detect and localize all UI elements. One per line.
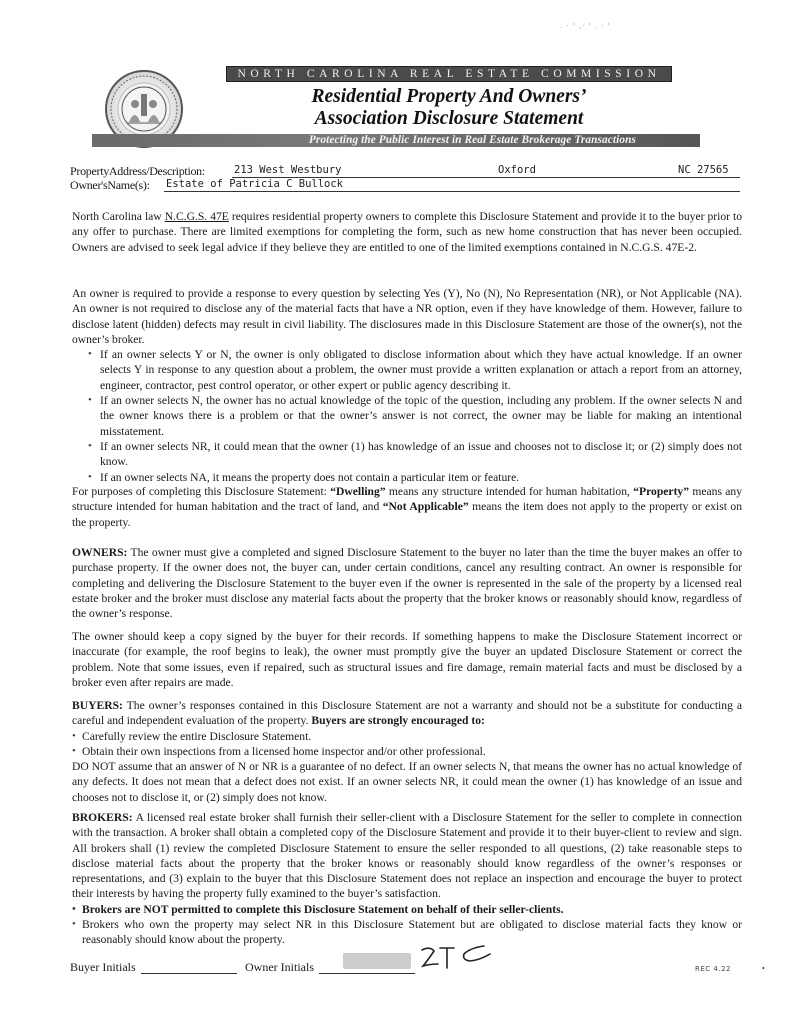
owner-initials-signature bbox=[418, 942, 498, 977]
owners-section: OWNERS: The owner must give a completed … bbox=[72, 545, 742, 621]
disclosure-form-page: . · ' ,· ' . · ' North Carolina Real Est… bbox=[0, 0, 791, 1024]
brokers-text: A licensed real estate broker shall furn… bbox=[72, 811, 742, 900]
buyers-emphasis: Buyers are strongly encouraged to: bbox=[311, 714, 484, 727]
owner-requirements-text: An owner is required to provide a respon… bbox=[72, 286, 742, 347]
scan-artifact: . · ' ,· ' . · ' bbox=[560, 22, 611, 30]
broker-bullet-own-property: Brokers who own the property may select … bbox=[72, 917, 742, 948]
term-not-applicable: “Not Applicable” bbox=[383, 500, 469, 513]
buyer-recommendations: Carefully review the entire Disclosure S… bbox=[72, 729, 742, 760]
property-city-field[interactable]: Oxford bbox=[498, 163, 536, 177]
handwritten-initials-icon bbox=[418, 942, 498, 972]
buyers-section: BUYERS: The owner’s responses contained … bbox=[72, 698, 742, 805]
owner-initials-field[interactable] bbox=[319, 973, 415, 974]
buyer-bullet-inspect: Obtain their own inspections from a lice… bbox=[72, 744, 742, 759]
intro-text-start: North Carolina law bbox=[72, 210, 165, 223]
statute-link[interactable]: N.C.G.S. 47E bbox=[165, 210, 229, 223]
form-code: REC 4.22 bbox=[695, 965, 731, 973]
bullet-y-or-n: If an owner selects Y or N, the owner is… bbox=[72, 347, 742, 393]
buyers-warning: DO NOT assume that an answer of N or NR … bbox=[72, 759, 742, 805]
owner-name-field[interactable]: Estate of Patricia C Bullock bbox=[166, 177, 343, 191]
property-address-row: PropertyAddress/Description: 213 West We… bbox=[70, 163, 740, 178]
bullet-nr: If an owner selects NR, it could mean th… bbox=[72, 439, 742, 470]
owner-name-row: Owner'sName(s): Estate of Patricia C Bul… bbox=[70, 177, 740, 192]
owners-heading: OWNERS: bbox=[72, 546, 127, 559]
commission-banner: North Carolina Real Estate Commission bbox=[226, 66, 672, 82]
owner-initials-label: Owner Initials bbox=[245, 960, 314, 974]
form-title-line-1: Residential Property And Owners’ bbox=[226, 86, 672, 108]
page-mark: • bbox=[762, 964, 765, 973]
definitions-paragraph: For purposes of completing this Disclosu… bbox=[72, 484, 742, 530]
bullet-na: If an owner selects NA, it means the pro… bbox=[72, 470, 742, 485]
definition-dwelling: means any structure intended for human h… bbox=[386, 485, 634, 498]
owner-underline bbox=[164, 191, 740, 192]
owner-name-label: Owner'sName(s): bbox=[70, 178, 150, 192]
keep-copy-paragraph: The owner should keep a copy signed by t… bbox=[72, 629, 742, 690]
buyer-initials-row: Buyer Initials bbox=[70, 960, 237, 974]
brokers-section: BROKERS: A licensed real estate broker s… bbox=[72, 810, 742, 948]
redaction-box bbox=[343, 953, 411, 969]
property-state-zip-field[interactable]: NC 27565 bbox=[678, 163, 729, 177]
buyer-bullet-review: Carefully review the entire Disclosure S… bbox=[72, 729, 742, 744]
buyer-initials-label: Buyer Initials bbox=[70, 960, 136, 974]
term-property: “Property” bbox=[633, 485, 689, 498]
buyer-initials-field[interactable] bbox=[141, 973, 237, 974]
term-dwelling: “Dwelling” bbox=[330, 485, 385, 498]
owners-text: The owner must give a completed and sign… bbox=[72, 546, 742, 620]
brokers-heading: BROKERS: bbox=[72, 811, 133, 824]
property-street-field[interactable]: 213 West Westbury bbox=[234, 163, 341, 177]
property-address-label: PropertyAddress/Description: bbox=[70, 164, 205, 178]
form-title-line-2: Association Disclosure Statement bbox=[226, 108, 672, 130]
buyers-heading: BUYERS: bbox=[72, 699, 123, 712]
tagline-banner: Protecting the Public Interest in Real E… bbox=[92, 134, 700, 147]
intro-paragraph: North Carolina law N.C.G.S. 47E requires… bbox=[72, 209, 742, 255]
bullet-n: If an owner selects N, the owner has no … bbox=[72, 393, 742, 439]
broker-bullets: Brokers are NOT permitted to complete th… bbox=[72, 902, 742, 948]
owner-requirements-section: An owner is required to provide a respon… bbox=[72, 286, 742, 485]
definitions-lead: For purposes of completing this Disclosu… bbox=[72, 485, 330, 498]
owner-response-bullets: If an owner selects Y or N, the owner is… bbox=[72, 347, 742, 485]
broker-bullet-not-permitted: Brokers are NOT permitted to complete th… bbox=[72, 902, 742, 917]
